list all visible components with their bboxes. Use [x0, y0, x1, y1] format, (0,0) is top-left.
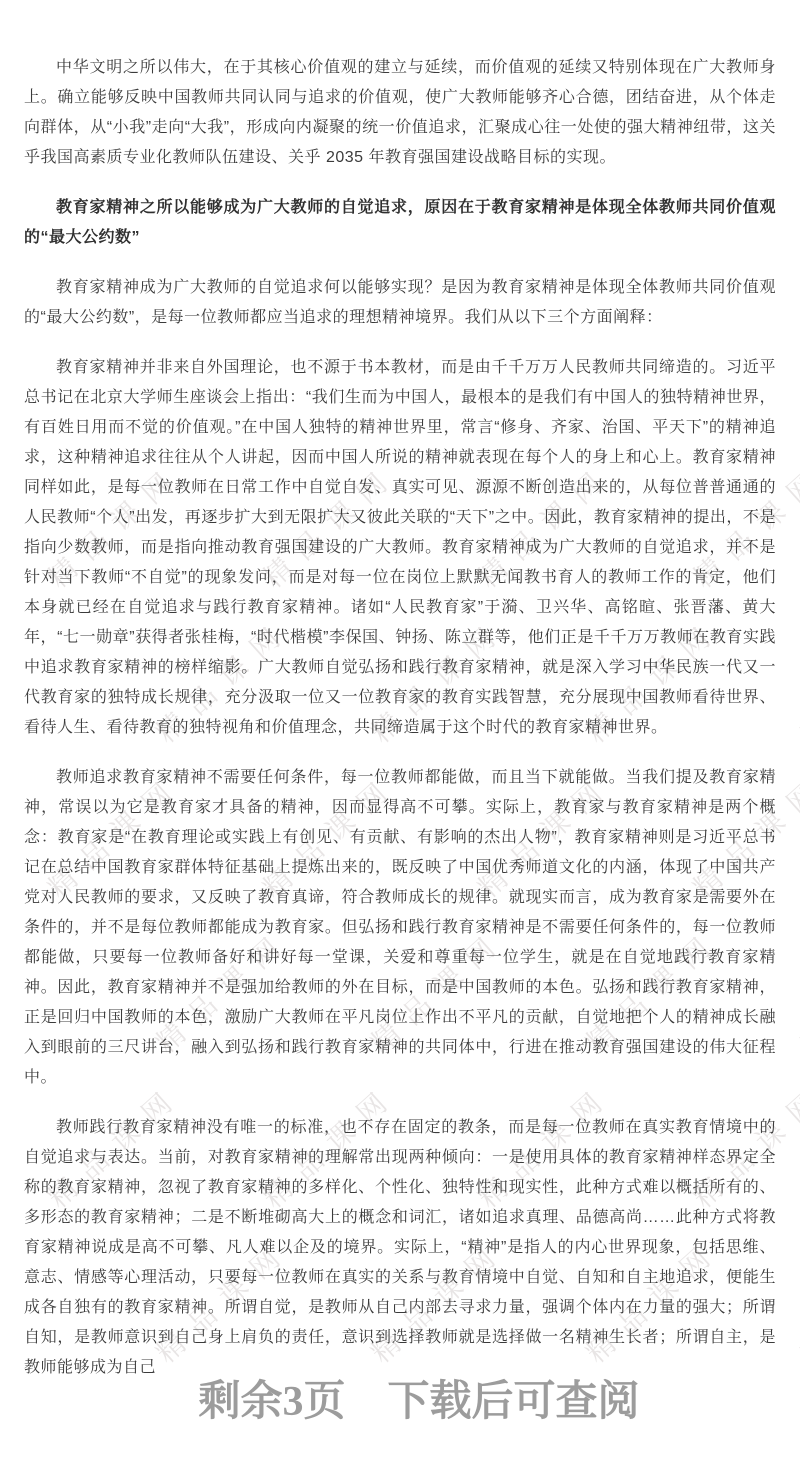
download-hint-label: 下载后可查阅 [388, 1379, 640, 1425]
remaining-pages-banner: 剩余3页下载后可查阅 [0, 1378, 800, 1426]
watermark-text: 精品课网 [791, 919, 800, 1061]
watermark-text: 精品课网 [791, 1229, 800, 1371]
remaining-pages-label: 剩余3页 [198, 1379, 345, 1425]
paragraph-point-1: 教育家精神并非来自外国理论，也不源于书本教材，而是由千千万万人民教师共同缔造的。… [24, 353, 776, 743]
paragraph-overview: 教育家精神成为广大教师的自觉追求何以能够实现？是因为教育家精神是体现全体教师共同… [24, 273, 776, 333]
paragraph-intro: 中华文明之所以伟大，在于其核心价值观的建立与延续，而价值观的延续又特别体现在广大… [24, 53, 776, 173]
paragraph-point-2: 教师追求教育家精神不需要任何条件，每一位教师都能做，而且当下就能做。当我们提及教… [24, 763, 776, 1093]
document-page: 精品课网精品课网精品课网精品课网精品课网精品课网精品课网精品课网精品课网精品课网… [0, 0, 800, 1482]
watermark-text: 精品课网 [791, 609, 800, 751]
paragraph-point-3: 教师践行教育家精神没有唯一的标准，也不存在固定的教条，而是每一位教师在真实教育情… [24, 1113, 776, 1383]
section-heading: 教育家精神之所以能够成为广大教师的自觉追求，原因在于教育家精神是体现全体教师共同… [24, 193, 776, 253]
document-content: 中华文明之所以伟大，在于其核心价值观的建立与延续，而价值观的延续又特别体现在广大… [24, 53, 776, 1403]
